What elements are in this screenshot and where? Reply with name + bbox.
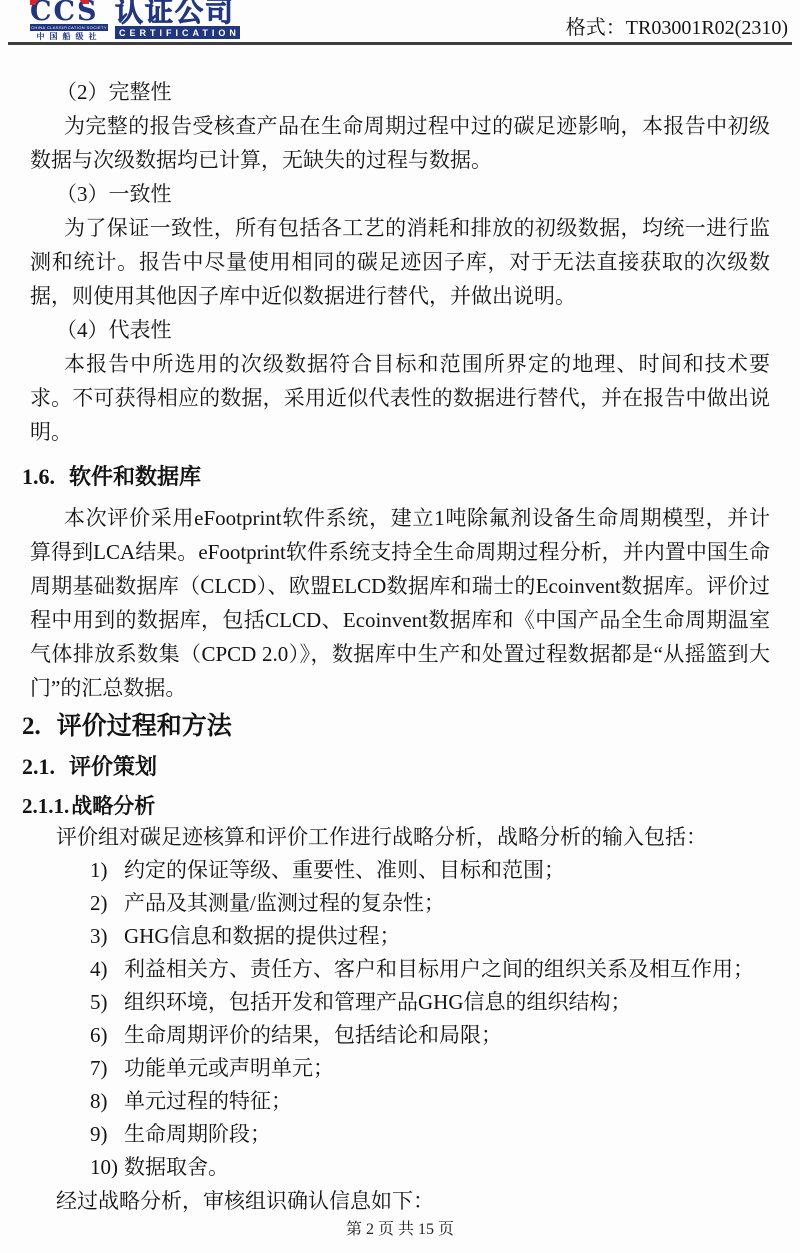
strategy-closing: 经过战略分析，审核组识确认信息如下： [30,1184,770,1218]
list-item-text: 数据取舍。 [124,1151,770,1184]
format-number: 格式：TR03001R02(2310) [566,11,790,42]
strategy-intro: 评价组对碳足迹核算和评价工作进行战略分析，战略分析的输入包括： [30,820,770,854]
list-item-number: 2) [90,887,124,920]
list-item: 4) 利益相关方、责任方、客户和目标用户之间的组织关系及相互作用； [30,953,770,986]
list-item-number: 6) [90,1019,124,1052]
heading-2-number: 2. [22,711,41,743]
society-cn-label: 中国船级社 [30,32,108,42]
list-item-number: 7) [90,1052,124,1085]
heading-1-6: 1.6. 软件和数据库 [22,463,770,491]
heading-2-title: 评价过程和方法 [57,711,232,743]
section-1-6-paragraph: 本次评价采用eFootprint软件系统，建立1吨除氟剂设备生命周期模型，并计算… [30,501,770,705]
document-body: （2）完整性 为完整的报告受核查产品在生命周期过程中过的碳足迹影响，本报告中初级… [0,45,800,1218]
list-item-text: 约定的保证等级、重要性、准则、目标和范围； [124,854,770,887]
page-number: 第 2 页 共 15 页 [346,1221,454,1238]
list-item-text: 产品及其测量/监测过程的复杂性； [124,887,770,920]
list-item-number: 1) [90,854,124,887]
list-item-text: 生命周期阶段； [124,1118,770,1151]
list-item-number: 5) [90,986,124,1019]
page-footer: 第 2 页 共 15 页 [0,1216,800,1239]
page-header: CCS CHINA CLASSIFICATION SOCIETY 中国船级社 认… [0,0,800,42]
heading-2-1-number: 2.1. [22,753,55,781]
list-item: 1) 约定的保证等级、重要性、准则、目标和范围； [30,854,770,887]
heading-2-1-title: 评价策划 [69,753,157,781]
list-item-number: 8) [90,1085,124,1118]
list-item: 10) 数据取舍。 [30,1151,770,1184]
item-3-paragraph: 为了保证一致性，所有包括各工艺的消耗和排放的初级数据，均统一进行监测和统计。报告… [30,211,770,313]
item-4-paragraph: 本报告中所选用的次级数据符合目标和范围所界定的地理、时间和技术要求。不可获得相应… [30,347,770,449]
list-item: 9) 生命周期阶段； [30,1118,770,1151]
list-item-number: 3) [90,920,124,953]
heading-1-6-number: 1.6. [22,463,55,491]
company-name-cn: 认证公司 [115,0,240,25]
list-item-text: 利益相关方、责任方、客户和目标用户之间的组织关系及相互作用； [124,953,770,986]
heading-2-1-1-number: 2.1.1. [22,793,69,820]
heading-2: 2. 评价过程和方法 [22,711,770,743]
item-3-title: （3）一致性 [30,177,770,211]
list-item: 5) 组织环境，包括开发和管理产品GHG信息的组织结构； [30,986,770,1019]
item-4-title: （4）代表性 [30,313,770,347]
list-item-number: 10) [90,1151,124,1184]
ccs-letters: CCS [30,0,98,27]
heading-2-1-1-title: 战略分析 [71,793,155,820]
list-item-text: 生命周期评价的结果，包括结论和局限； [124,1019,770,1052]
list-item-text: 单元过程的特征； [124,1085,770,1118]
list-item: 2) 产品及其测量/监测过程的复杂性； [30,887,770,920]
strategy-input-list: 1) 约定的保证等级、重要性、准则、目标和范围； 2) 产品及其测量/监测过程的… [30,854,770,1184]
ccs-logo: CCS CHINA CLASSIFICATION SOCIETY 中国船级社 认… [30,0,240,42]
heading-1-6-title: 软件和数据库 [69,463,201,491]
ccs-wordmark: CCS [30,0,108,23]
list-item-number: 4) [90,953,124,986]
heading-2-1-1: 2.1.1. 战略分析 [22,793,770,820]
item-2-title: （2）完整性 [30,75,770,109]
ccs-logo-right: 认证公司 CERTIFICATION [115,0,240,39]
list-item: 7) 功能单元或声明单元； [30,1052,770,1085]
ccs-logo-left: CCS CHINA CLASSIFICATION SOCIETY 中国船级社 [30,0,108,42]
list-item-text: 功能单元或声明单元； [124,1052,770,1085]
certification-banner: CERTIFICATION [115,26,240,39]
heading-2-1: 2.1. 评价策划 [22,753,770,781]
item-2-paragraph: 为完整的报告受核查产品在生命周期过程中过的碳足迹影响，本报告中初级数据与次级数据… [30,109,770,177]
list-item-text: GHG信息和数据的提供过程； [124,920,770,953]
list-item-text: 组织环境，包括开发和管理产品GHG信息的组织结构； [124,986,770,1019]
list-item: 6) 生命周期评价的结果，包括结论和局限； [30,1019,770,1052]
list-item: 8) 单元过程的特征； [30,1085,770,1118]
list-item-number: 9) [90,1118,124,1151]
list-item: 3) GHG信息和数据的提供过程； [30,920,770,953]
